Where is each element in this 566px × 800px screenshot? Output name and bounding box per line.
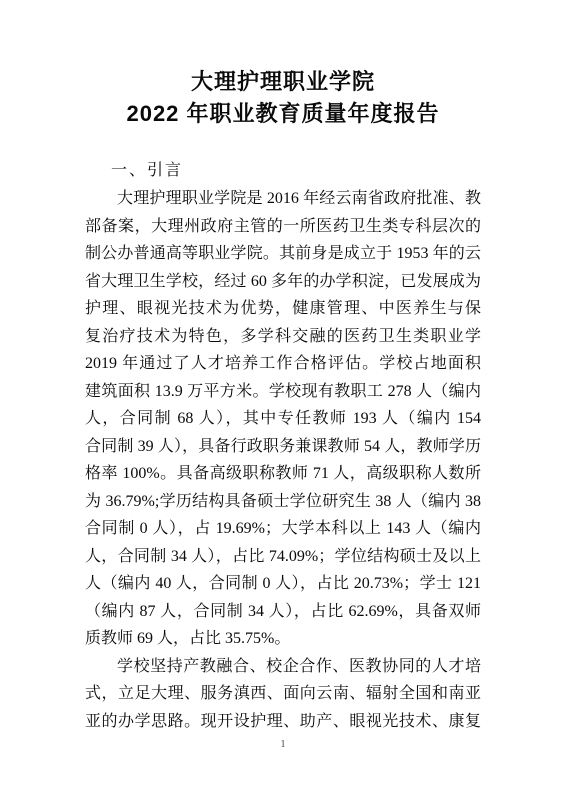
body-line: 人（编内 40 人，合同制 0 人），占比 20.73%；学士 121 人 (85, 570, 481, 598)
body-line: 合同制 0 人），占 19.69%；大学本科以上 143 人（编内 109 (85, 515, 481, 543)
section-heading: 一、引言 (85, 157, 481, 185)
body-line: 制公办普通高等职业学院。其前身是成立于 1953 年的云南 (85, 240, 481, 268)
paragraph: 大理护理职业学院是 2016 年经云南省政府批准、教育部备案，大理州政府主管的一… (85, 185, 481, 653)
page-number: 1 (0, 738, 566, 752)
document-page: 大理护理职业学院 2022 年职业教育质量年度报告 一、引言 大理护理职业学院是… (0, 0, 566, 800)
body-line: 省大理卫生学校，经过 60 多年的办学积淀，已发展成为以 (85, 268, 481, 296)
body-line: 格率 100%。具备高级职称教师 71 人，高级职称人数所占比 (85, 460, 481, 488)
body-line: 大理护理职业学院是 2016 年经云南省政府批准、教育 (85, 185, 481, 213)
body-line: 合同制 39 人），具备行政职务兼课教师 54 人，教师学历合 (85, 433, 481, 461)
body-line: 式，立足大理、服务滇西、面向云南、辐射全国和南亚东南 (85, 680, 481, 708)
body-line: 部备案，大理州政府主管的一所医药卫生类专科层次的全日 (85, 213, 481, 241)
body-line: 人，合同制 68 人），其中专任教师 193 人（编内 154 人， (85, 405, 481, 433)
body-line: 质教师 69 人，占比 35.75%。 (85, 625, 481, 653)
paragraph: 学校坚持产教融合、校企合作、医教协同的人才培养模式，立足大理、服务滇西、面向云南… (85, 653, 481, 736)
document-body: 一、引言 大理护理职业学院是 2016 年经云南省政府批准、教育部备案，大理州政… (85, 157, 481, 735)
title-line-2: 2022 年职业教育质量年度报告 (0, 98, 566, 130)
paragraphs: 大理护理职业学院是 2016 年经云南省政府批准、教育部备案，大理州政府主管的一… (85, 185, 481, 735)
document-title: 大理护理职业学院 2022 年职业教育质量年度报告 (0, 66, 566, 130)
body-line: 学校坚持产教融合、校企合作、医教协同的人才培养模 (85, 653, 481, 681)
title-line-1: 大理护理职业学院 (0, 66, 566, 98)
body-line: 人，合同制 34 人），占比 74.09%；学位结构硕士及以上 40 (85, 543, 481, 571)
body-line: 2019 年通过了人才培养工作合格评估。学校占地面积 462 亩， (85, 350, 481, 378)
body-line: 建筑面积 13.9 万平方米。学校现有教职工 278 人（编内 210 (85, 378, 481, 406)
body-line: 亚的办学思路。现开设护理、助产、眼视光技术、康复治疗 (85, 708, 481, 736)
body-line: 复治疗技术为特色，多学科交融的医药卫生类职业学院。 (85, 323, 481, 351)
body-line: 护理、眼视光技术为优势，健康管理、中医养生与保健、康 (85, 295, 481, 323)
body-line: 为 36.79%;学历结构具备硕士学位研究生 38 人（编内 38 人， (85, 488, 481, 516)
body-line: （编内 87 人，合同制 34 人），占比 62.69%，具备双师型素 (85, 598, 481, 626)
